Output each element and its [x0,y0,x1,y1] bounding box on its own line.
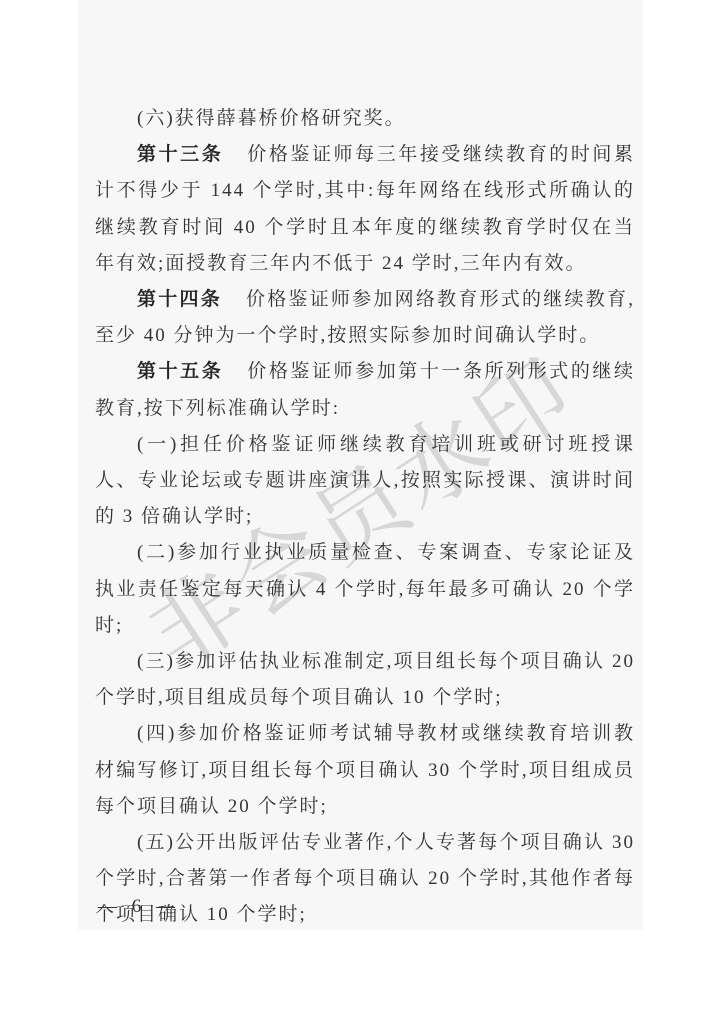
paragraph-text: (一)担任价格鉴证师继续教育培训班或研讨班授课人、专业论坛或专题讲座演讲人,按照… [95,434,635,527]
article-number-label: 第十四条 [137,289,222,310]
paragraph-item-3: (三)参加评估执业标准制定,项目组长每个项目确认 20 个学时,项目组成员每个项… [95,644,635,716]
document-content: (六)获得薛暮桥价格研究奖。 第十三条价格鉴证师每三年接受继续教育的时间累计不得… [95,101,635,934]
article-number-label: 第十三条 [137,144,223,165]
paragraph-text: (六)获得薛暮桥价格研究奖。 [137,108,406,129]
paragraph-item-2: (二)参加行业执业质量检查、专案调查、专家论证及执业责任鉴定每天确认 4 个学时… [95,535,635,644]
paragraph-text: (二)参加行业执业质量检查、专案调查、专家论证及执业责任鉴定每天确认 4 个学时… [95,542,635,635]
paragraph-item-4: (四)参加价格鉴证师考试辅导教材或继续教育培训教材编写修订,项目组长每个项目确认… [95,716,635,825]
document-canvas: 非会员水印 (六)获得薛暮桥价格研究奖。 第十三条价格鉴证师每三年接受继续教育的… [0,0,724,1024]
paragraph-article-15: 第十五条价格鉴证师参加第十一条所列形式的继续教育,按下列标准确认学时: [95,354,635,426]
page-number: — 6 — [98,896,177,918]
paragraph-text: (三)参加评估执业标准制定,项目组长每个项目确认 20 个学时,项目组成员每个项… [95,651,635,708]
paragraph-clause-6: (六)获得薛暮桥价格研究奖。 [95,101,635,137]
paragraph-article-14: 第十四条价格鉴证师参加网络教育形式的继续教育,至少 40 分钟为一个学时,按照实… [95,282,635,354]
paragraph-text: (四)参加价格鉴证师考试辅导教材或继续教育培训教材编写修订,项目组长每个项目确认… [95,723,635,816]
paragraph-article-13: 第十三条价格鉴证师每三年接受继续教育的时间累计不得少于 144 个学时,其中:每… [95,137,635,282]
article-number-label: 第十五条 [137,361,223,382]
paragraph-item-1: (一)担任价格鉴证师继续教育培训班或研讨班授课人、专业论坛或专题讲座演讲人,按照… [95,427,635,536]
